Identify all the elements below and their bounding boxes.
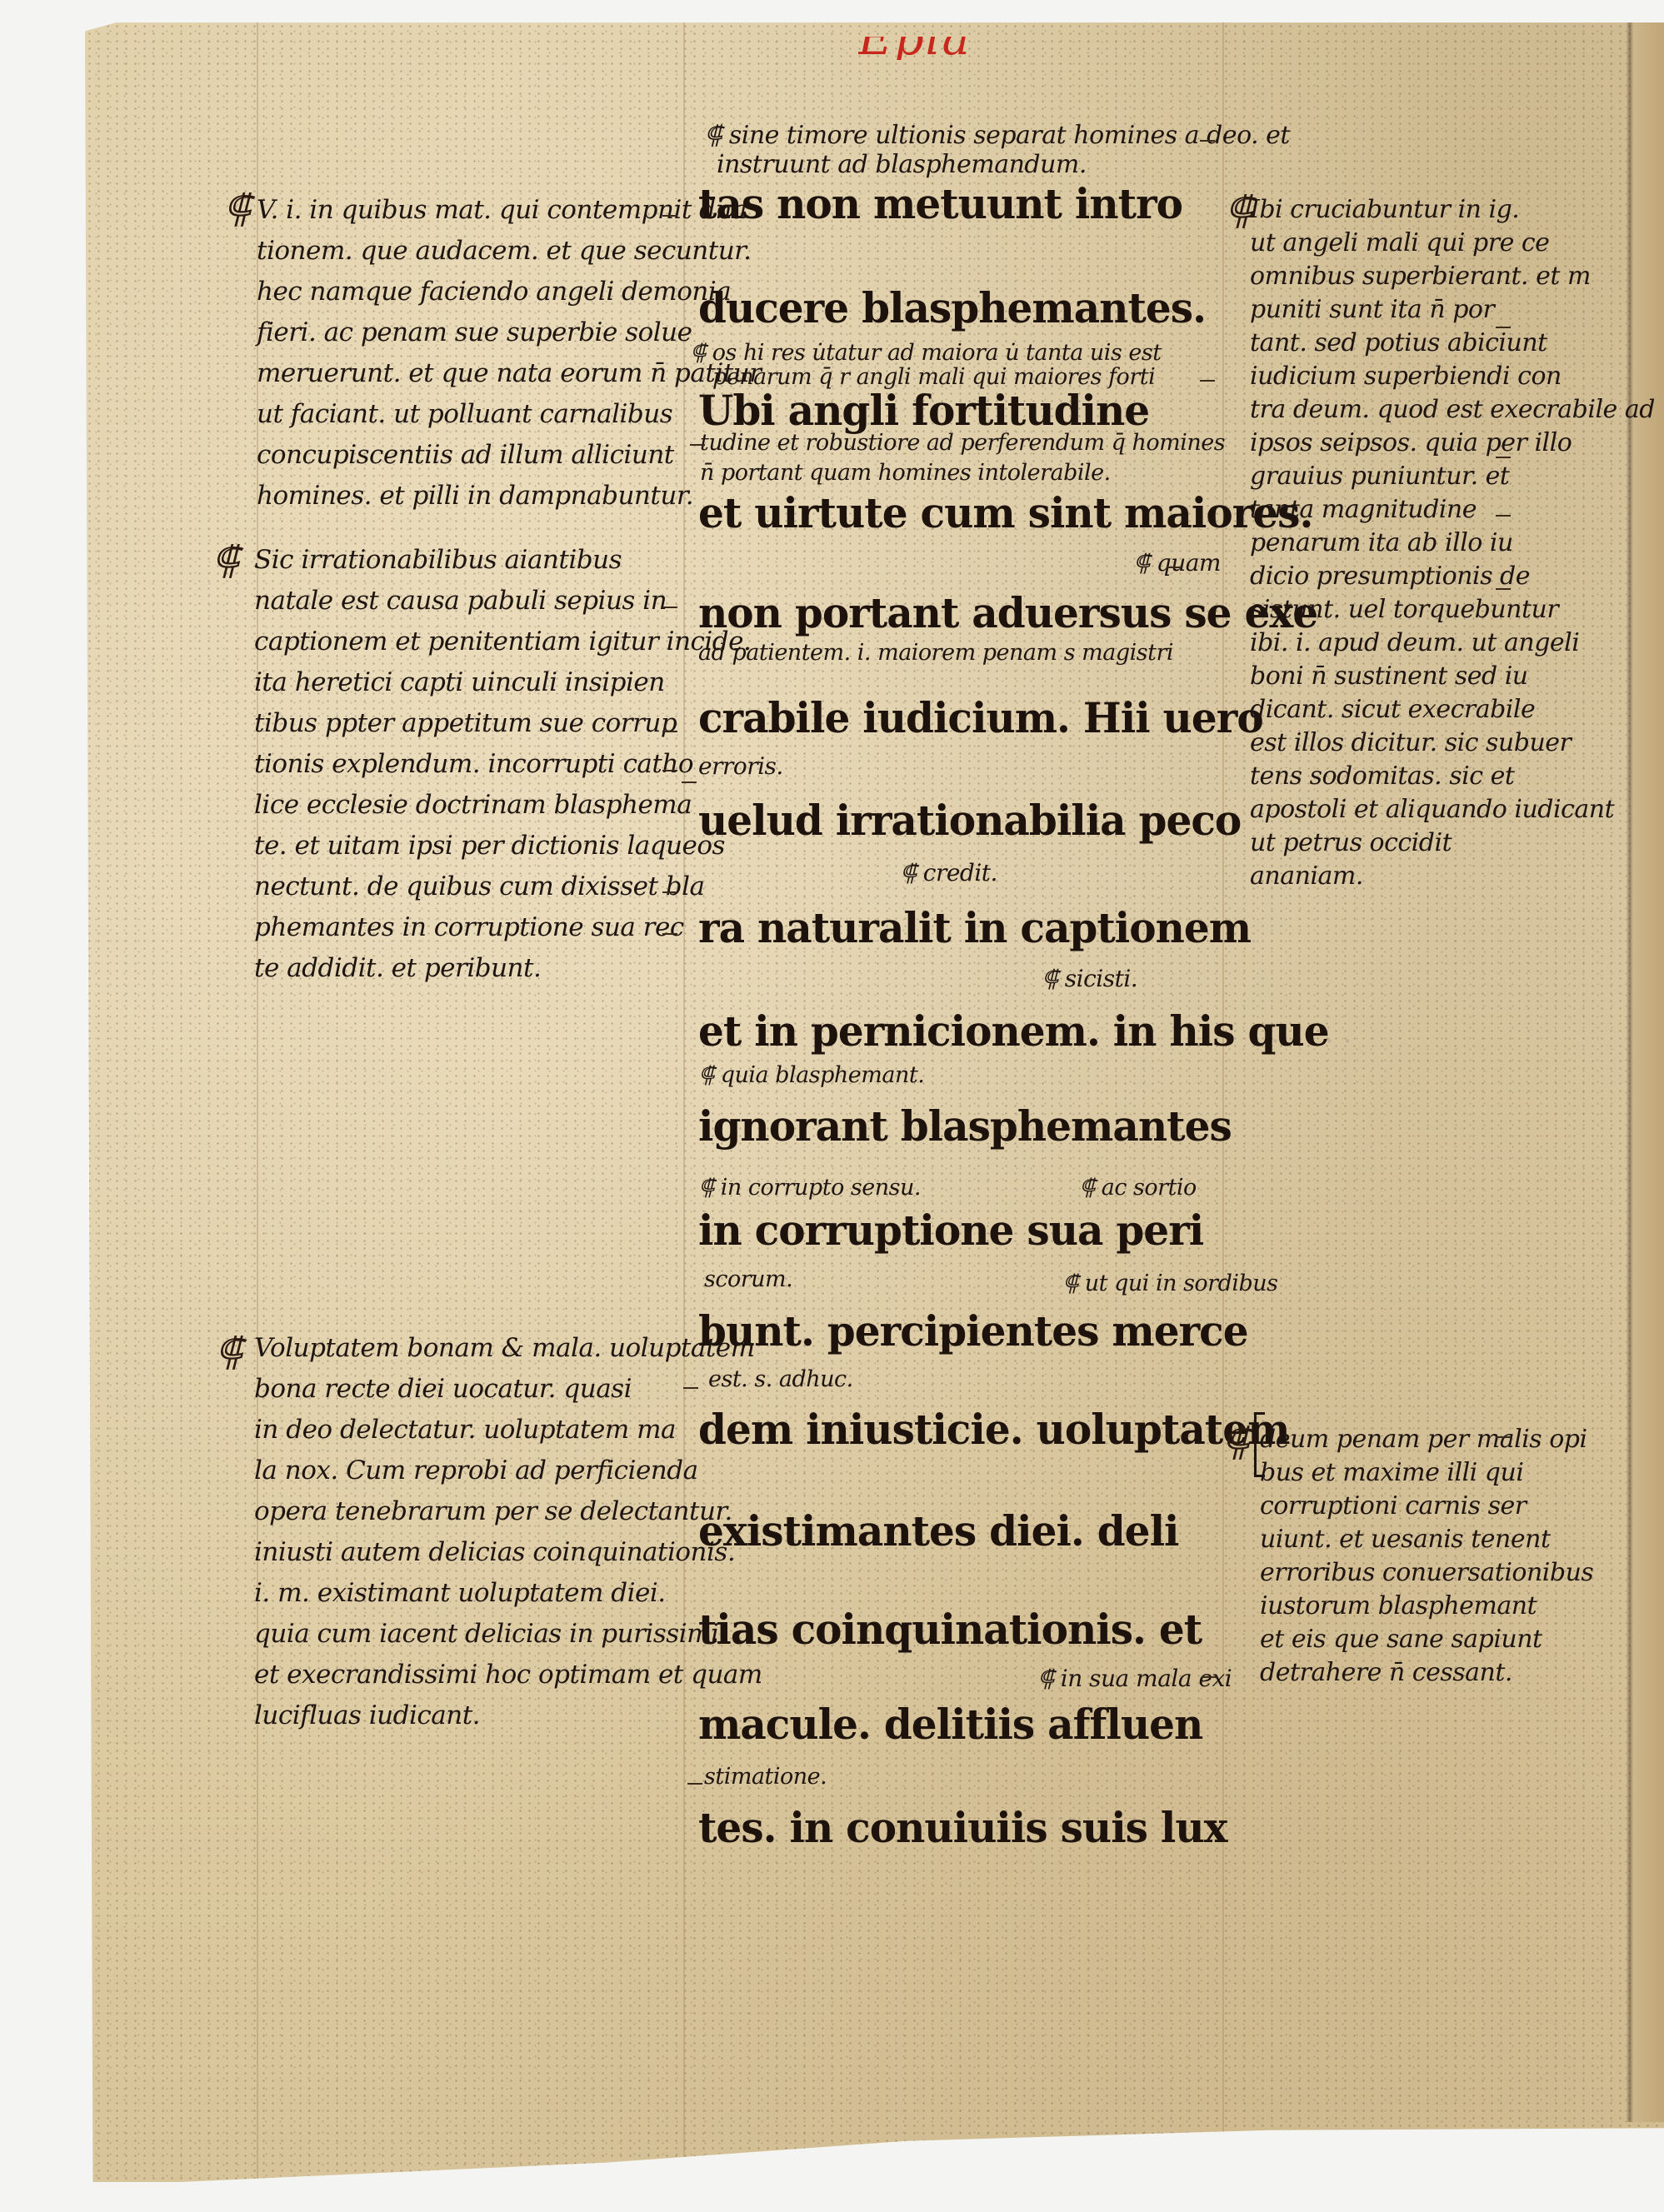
hyphen-mark bbox=[1200, 140, 1215, 142]
main-text-line: et in pernicionem. in his que bbox=[698, 1006, 1329, 1056]
hyphen-mark bbox=[1496, 327, 1511, 328]
gloss-line: opera tenebrarum per se delectantur. bbox=[254, 1491, 762, 1532]
main-text-line: ducere blasphemantes. bbox=[698, 283, 1206, 332]
right-gloss-block: Ibi cruciabuntur in ig. ut angeli mali q… bbox=[1250, 193, 1655, 893]
paragraph-marker-icon: ⸿ bbox=[1222, 1415, 1249, 1466]
gloss-line: quia cum iacent delicias in purissimi bbox=[254, 1614, 762, 1655]
gloss-line: iustorum blasphemant bbox=[1260, 1590, 1593, 1623]
gloss-line: te. et uitam ipsi per dictionis laqueos bbox=[254, 826, 751, 866]
hyphen-mark bbox=[662, 215, 677, 217]
hyphen-mark bbox=[662, 770, 677, 771]
left-gloss-block: Voluptatem bonam & mala. uoluptatem bona… bbox=[254, 1328, 762, 1736]
interlinear-gloss: instruunt ad blasphemandum. bbox=[717, 150, 1087, 179]
main-text-line: non portant aduersus se exe bbox=[698, 588, 1317, 637]
main-text-line: Ubi angli fortitudine bbox=[698, 386, 1149, 435]
hyphen-mark bbox=[1496, 1436, 1511, 1438]
gloss-line: lice ecclesie doctrinam blasphema bbox=[254, 785, 751, 826]
interlinear-gloss: scorum. bbox=[704, 1266, 792, 1292]
interlinear-gloss: tudine et robustiore ad perferendum q̄ h… bbox=[700, 430, 1225, 456]
main-text-line: uelud irrationabilia peco bbox=[698, 796, 1241, 845]
gloss-line: in deo delectatur. uoluptatem ma bbox=[254, 1410, 762, 1451]
gloss-line: captionem et penitentiam igitur incide. bbox=[254, 622, 751, 662]
main-text-line: ra naturalit in captionem bbox=[698, 903, 1251, 952]
interlinear-gloss: ad patientem. i. maiorem penam s magistr… bbox=[698, 640, 1173, 666]
paragraph-marker-icon: ⸿ bbox=[1062, 1271, 1078, 1296]
gloss-line: Ibi cruciabuntur in ig. bbox=[1250, 193, 1655, 227]
gloss-line: tionem. que audacem. et que secuntur. bbox=[257, 231, 762, 272]
gloss-line: uiunt. et uesanis tenent bbox=[1260, 1523, 1593, 1556]
hyphen-mark bbox=[1202, 1676, 1217, 1678]
paragraph-marker-icon: ⸿ bbox=[698, 1175, 714, 1201]
main-text-line: dem iniusticie. uoluptatem bbox=[698, 1405, 1289, 1454]
gloss-line: tanta magnitudine bbox=[1250, 493, 1655, 527]
paragraph-marker-icon: ⸿ bbox=[1133, 549, 1149, 577]
gloss-line: meruerunt. et que nata eorum n̄ patitur bbox=[257, 353, 762, 394]
main-text-line: tas non metuunt intro bbox=[698, 179, 1182, 228]
hyphen-mark bbox=[662, 891, 677, 893]
gloss-line: ut petrus occidit bbox=[1250, 826, 1655, 860]
gloss-line: ut faciant. ut polluant carnalibus bbox=[257, 394, 762, 435]
gloss-line: erroribus conuersationibus bbox=[1260, 1556, 1593, 1590]
gloss-line: grauius puniuntur. et bbox=[1250, 460, 1655, 493]
gloss-line: omnibus superbierant. et m bbox=[1250, 260, 1655, 293]
interlinear-gloss: ⸿ ut qui in sordibus bbox=[1062, 1266, 1278, 1297]
gloss-line: tens sodomitas. sic et bbox=[1250, 760, 1655, 793]
hyphen-mark bbox=[662, 731, 677, 732]
gloss-line: detrahere n̄ cessant. bbox=[1260, 1656, 1593, 1690]
hyphen-mark bbox=[690, 444, 705, 446]
gloss-line: ipsos seipsos. quia per illo bbox=[1250, 427, 1655, 460]
interlinear-gloss: ⸿ in corrupto sensu. bbox=[698, 1171, 921, 1201]
hyphen-mark bbox=[1496, 515, 1511, 517]
gloss-line: te addidit. et peribunt. bbox=[254, 948, 751, 989]
gloss-line: sistunt. uel torquebuntur bbox=[1250, 593, 1655, 627]
gloss-line: tant. sed potius abiciunt bbox=[1250, 327, 1655, 360]
paragraph-marker-icon: ⸿ bbox=[704, 121, 722, 150]
gloss-line: V. i. in quibus mat. qui contempnit dna bbox=[257, 190, 762, 231]
hyphen-mark bbox=[1496, 588, 1511, 590]
paragraph-marker-icon: ⸿ bbox=[900, 859, 916, 886]
gloss-line: apostoli et aliquando iudicant bbox=[1250, 793, 1655, 826]
gloss-line: tibus ppter appetitum sue corrup bbox=[254, 703, 751, 744]
gloss-line: ananiam. bbox=[1250, 860, 1655, 893]
interlinear-gloss: ⸿ sine timore ultionis separat homines a… bbox=[704, 117, 1290, 151]
gloss-line: corruptioni carnis ser bbox=[1260, 1490, 1593, 1523]
interlinear-gloss: ⸿ credit. bbox=[900, 856, 997, 888]
gloss-line: penarum ita ab illo iu bbox=[1250, 527, 1655, 560]
paragraph-marker-icon: ⸿ bbox=[1225, 183, 1252, 235]
gloss-line: ibi. i. apud deum. ut angeli bbox=[1250, 627, 1655, 660]
main-text-line: crabile iudicium. Hii uero bbox=[698, 693, 1263, 742]
hyphen-mark bbox=[1496, 457, 1511, 458]
gloss-line: ita heretici capti uinculi insipien bbox=[254, 662, 751, 703]
gloss-line: nectunt. de quibus cum dixisset bla bbox=[254, 866, 751, 907]
gloss-line: et execrandissimi hoc optimam et quam bbox=[254, 1655, 762, 1695]
main-text-line: tes. in conuiuiis suis lux bbox=[698, 1803, 1227, 1852]
interlinear-gloss: ⸿ ac sortio bbox=[1079, 1171, 1197, 1201]
gloss-line: la nox. Cum reprobi ad perficienda bbox=[254, 1451, 762, 1491]
left-gloss-block: V. i. in quibus mat. qui contempnit dna … bbox=[257, 190, 762, 517]
paragraph-marker-icon: ⸿ bbox=[223, 182, 251, 233]
interlinear-gloss: n̄ portant quam homines intolerabile. bbox=[700, 460, 1111, 486]
hyphen-mark bbox=[687, 1783, 702, 1785]
gloss-line: boni n̄ sustinent sed iu bbox=[1250, 660, 1655, 693]
gloss-line: hec namque faciendo angeli demonia bbox=[257, 272, 762, 312]
paragraph-marker-icon: ⸿ bbox=[1042, 965, 1057, 992]
paragraph-marker-icon: ⸿ bbox=[1079, 1175, 1095, 1201]
interlinear-gloss: ⸿ quam bbox=[1133, 547, 1221, 578]
hyphen-mark bbox=[1167, 567, 1182, 568]
gloss-line: fieri. ac penam sue superbie solue bbox=[257, 312, 762, 353]
main-text-line: bunt. percipientes merce bbox=[698, 1306, 1248, 1356]
gloss-line: iudicium superbiendi con bbox=[1250, 360, 1655, 393]
hyphen-mark bbox=[662, 607, 677, 608]
main-text-line: tias coinquinationis. et bbox=[698, 1605, 1202, 1654]
hyphen-mark bbox=[683, 1387, 698, 1389]
hyphen-mark bbox=[662, 933, 677, 935]
gloss-line: ut angeli mali qui pre ce bbox=[1250, 227, 1655, 260]
main-text-line: ignorant blasphemantes bbox=[698, 1101, 1232, 1151]
interlinear-gloss: ⸿ quia blasphemant. bbox=[698, 1058, 924, 1089]
gloss-line: tra deum. quod est execrabile ad bbox=[1250, 393, 1655, 427]
right-gloss-block: deum penam per malis opi bus et maxime i… bbox=[1260, 1423, 1593, 1690]
main-text-line: existimantes diei. deli bbox=[698, 1506, 1178, 1555]
main-text-line: et uirtute cum sint maiores. bbox=[698, 488, 1312, 537]
hyphen-mark bbox=[682, 781, 697, 783]
gloss-line: homines. et pilli in dampnabuntur. bbox=[257, 476, 762, 517]
paragraph-marker-icon: ⸿ bbox=[698, 1062, 714, 1088]
main-text-line: macule. delitiis affluen bbox=[698, 1700, 1202, 1749]
gloss-line: lucifluas iudicant. bbox=[254, 1695, 762, 1736]
interlinear-gloss: ⸿ sicisti. bbox=[1042, 962, 1137, 994]
gloss-line: iniusti autem delicias coinquinationis. bbox=[254, 1532, 762, 1573]
gloss-line: i. m. existimant uoluptatem diei. bbox=[254, 1573, 762, 1614]
gloss-line: phemantes in corruptione sua rec bbox=[254, 907, 751, 948]
paragraph-marker-icon: ⸿ bbox=[215, 1325, 242, 1376]
gloss-line: natale est causa pabuli sepius in bbox=[254, 581, 751, 622]
gloss-line: deum penam per malis opi bbox=[1260, 1423, 1593, 1456]
gloss-line: et eis que sane sapiunt bbox=[1260, 1623, 1593, 1656]
interlinear-gloss: stimatione. bbox=[704, 1764, 827, 1790]
main-text-line: in corruptione sua peri bbox=[698, 1206, 1203, 1255]
gloss-line: est illos dicitur. sic subuer bbox=[1250, 727, 1655, 760]
gloss-line: bona recte diei uocatur. quasi bbox=[254, 1369, 762, 1410]
gloss-line: Voluptatem bonam & mala. uoluptatem bbox=[254, 1328, 762, 1369]
gloss-line: Sic irrationabilibus aiantibus bbox=[254, 540, 751, 581]
gloss-line: puniti sunt ita n̄ por bbox=[1250, 293, 1655, 327]
paragraph-marker-icon: ⸿ bbox=[1037, 1665, 1053, 1692]
gloss-line: tionis explendum. incorrupti catho bbox=[254, 744, 751, 785]
gloss-line: dicio presumptionis de bbox=[1250, 560, 1655, 593]
gloss-line: concupiscentiis ad illum alliciunt bbox=[257, 435, 762, 476]
gloss-line: dicant. sicut execrabile bbox=[1250, 693, 1655, 727]
paragraph-marker-icon: ⸿ bbox=[212, 533, 239, 585]
interlinear-gloss: ⸿ in sua mala exi bbox=[1037, 1662, 1232, 1694]
gloss-line: bus et maxime illi qui bbox=[1260, 1456, 1593, 1490]
hyphen-mark bbox=[1200, 380, 1215, 382]
